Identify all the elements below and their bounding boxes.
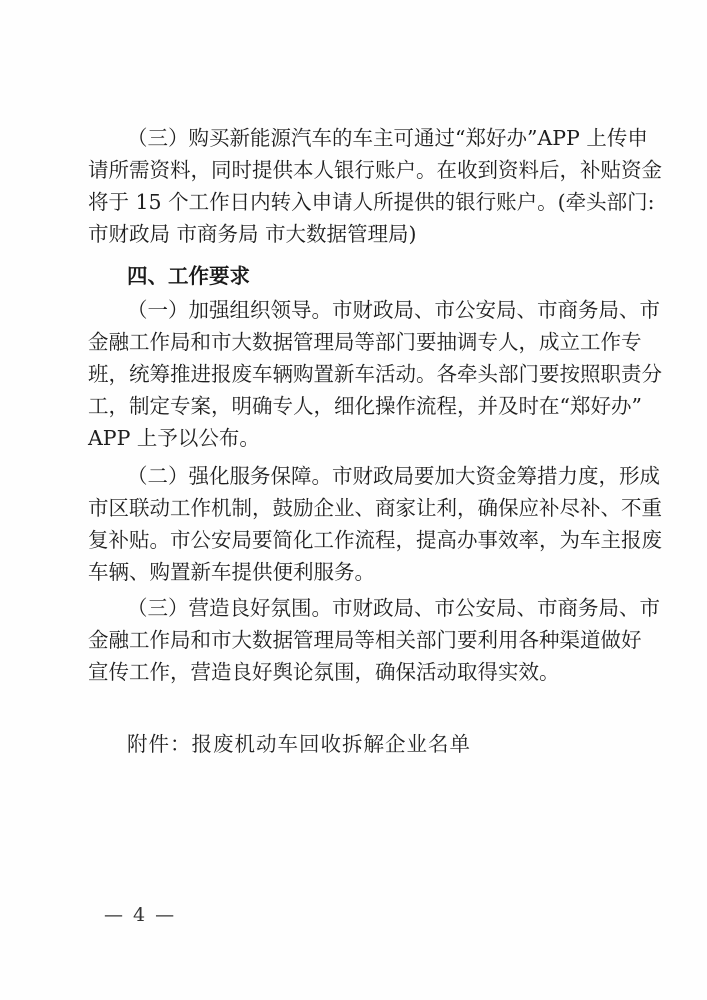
paragraph-line: （二）强化服务保障。市财政局要加大资金筹措力度，形成 — [127, 460, 620, 492]
paragraph-line: 金融工作局和市大数据管理局等相关部门要利用各种渠道做好 — [88, 624, 620, 656]
document-page: （三）购买新能源汽车的车主可通过“郑好办”APP 上传申 请所需资料，同时提供本… — [0, 0, 707, 1000]
paragraph-line: 金融工作局和市大数据管理局等部门要抽调专人，成立工作专 — [88, 326, 620, 358]
paragraph-line: 车辆、购置新车提供便利服务。 — [88, 556, 620, 588]
paragraph-line: 市财政局 市商务局 市大数据管理局) — [88, 218, 620, 250]
paragraph-line: 市区联动工作机制，鼓励企业、商家让利，确保应补尽补、不重 — [88, 492, 620, 524]
page-number: — 4 — — [104, 900, 176, 930]
paragraph-line: 宣传工作，营造良好舆论氛围，确保活动取得实效。 — [88, 656, 620, 688]
paragraph-line: APP 上予以公布。 — [88, 422, 620, 454]
paragraph-line: 班，统筹推进报废车辆购置新车活动。各牵头部门要按照职责分 — [88, 358, 620, 390]
paragraph-line: 将于 15 个工作日内转入申请人所提供的银行账户。(牵头部门: — [88, 186, 620, 218]
section-heading: 四、工作要求 — [127, 260, 250, 292]
paragraph-line: （三）营造良好氛围。市财政局、市公安局、市商务局、市 — [127, 592, 620, 624]
attachment-note: 附件：报废机动车回收拆解企业名单 — [127, 728, 471, 760]
paragraph-line: 工，制定专案，明确专人，细化操作流程，并及时在“郑好办” — [88, 390, 620, 422]
paragraph-line: 复补贴。市公安局要简化工作流程，提高办事效率，为车主报废 — [88, 524, 620, 556]
paragraph-line: （一）加强组织领导。市财政局、市公安局、市商务局、市 — [127, 294, 620, 326]
paragraph-line: 请所需资料，同时提供本人银行账户。在收到资料后，补贴资金 — [88, 154, 620, 186]
paragraph-line: （三）购买新能源汽车的车主可通过“郑好办”APP 上传申 — [127, 122, 620, 154]
